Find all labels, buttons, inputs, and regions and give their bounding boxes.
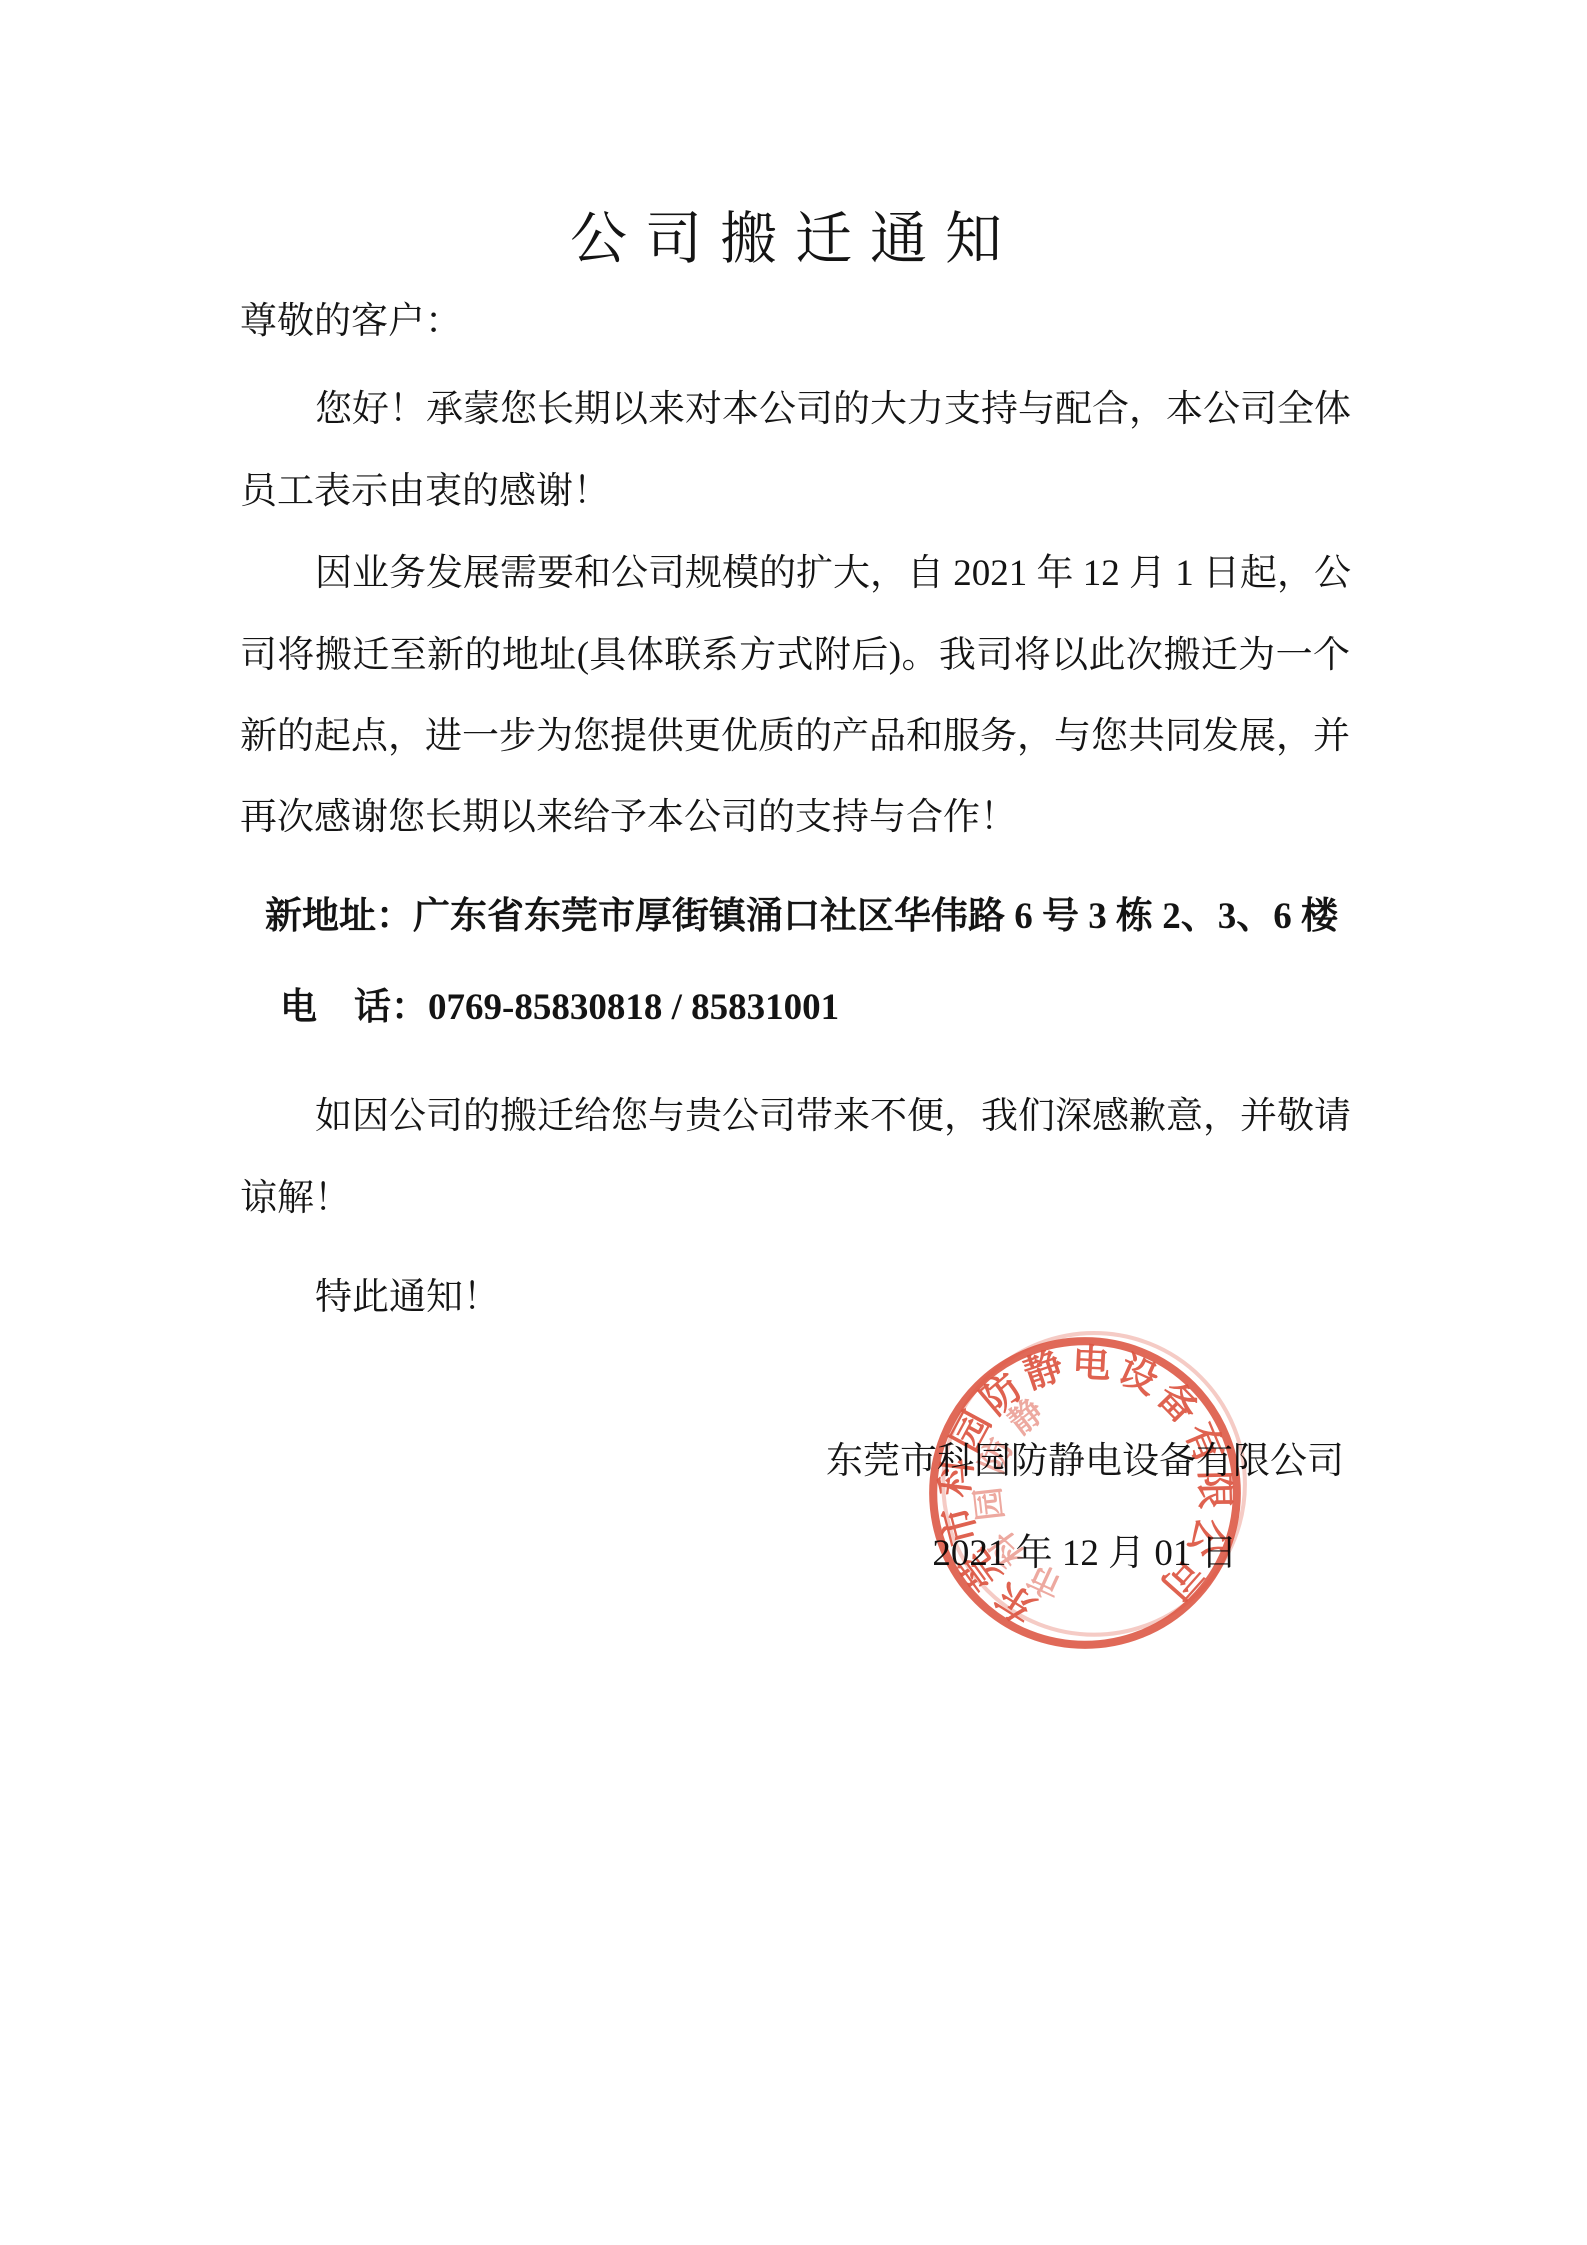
phone-line: 电 话：0769-85830818 / 85831001 bbox=[240, 983, 1350, 1033]
salutation: 尊敬的客户： bbox=[240, 297, 1350, 347]
paragraph1-line2: 员工表示由衷的感谢！ bbox=[240, 467, 1350, 517]
new-address-line: 新地址：广东省东莞市厚街镇涌口社区华伟路 6 号 3 栋 2、3、6 楼 bbox=[240, 892, 1350, 942]
paragraph2-line1: 因业务发展需要和公司规模的扩大，自 2021 年 12 月 1 日起，公 bbox=[240, 549, 1350, 599]
paragraph2-line4: 再次感谢您长期以来给予本公司的支持与合作！ bbox=[240, 793, 1350, 843]
closing-line: 特此通知！ bbox=[240, 1273, 1350, 1323]
paragraph3-line1: 如因公司的搬迁给您与贵公司带来不便，我们深感歉意，并敬请 bbox=[240, 1092, 1350, 1142]
paragraph2-line2: 司将搬迁至新的地址(具体联系方式附后)。我司将以此次搬迁为一个 bbox=[240, 631, 1350, 681]
notice-page: 公司搬迁通知 尊敬的客户： 您好！承蒙您长期以来对本公司的大力支持与配合，本公司… bbox=[0, 0, 1587, 2245]
paragraph1-line1: 您好！承蒙您长期以来对本公司的大力支持与配合，本公司全体 bbox=[240, 385, 1350, 435]
paragraph3-line2: 谅解！ bbox=[240, 1174, 1350, 1224]
document-title: 公司搬迁通知 bbox=[240, 193, 1350, 275]
paragraph2-line3: 新的起点，进一步为您提供更优质的产品和服务，与您共同发展，并 bbox=[240, 712, 1350, 762]
company-seal-stamp: 东莞市科园防静电设备有限公司 市科园防静 bbox=[918, 1326, 1252, 1660]
